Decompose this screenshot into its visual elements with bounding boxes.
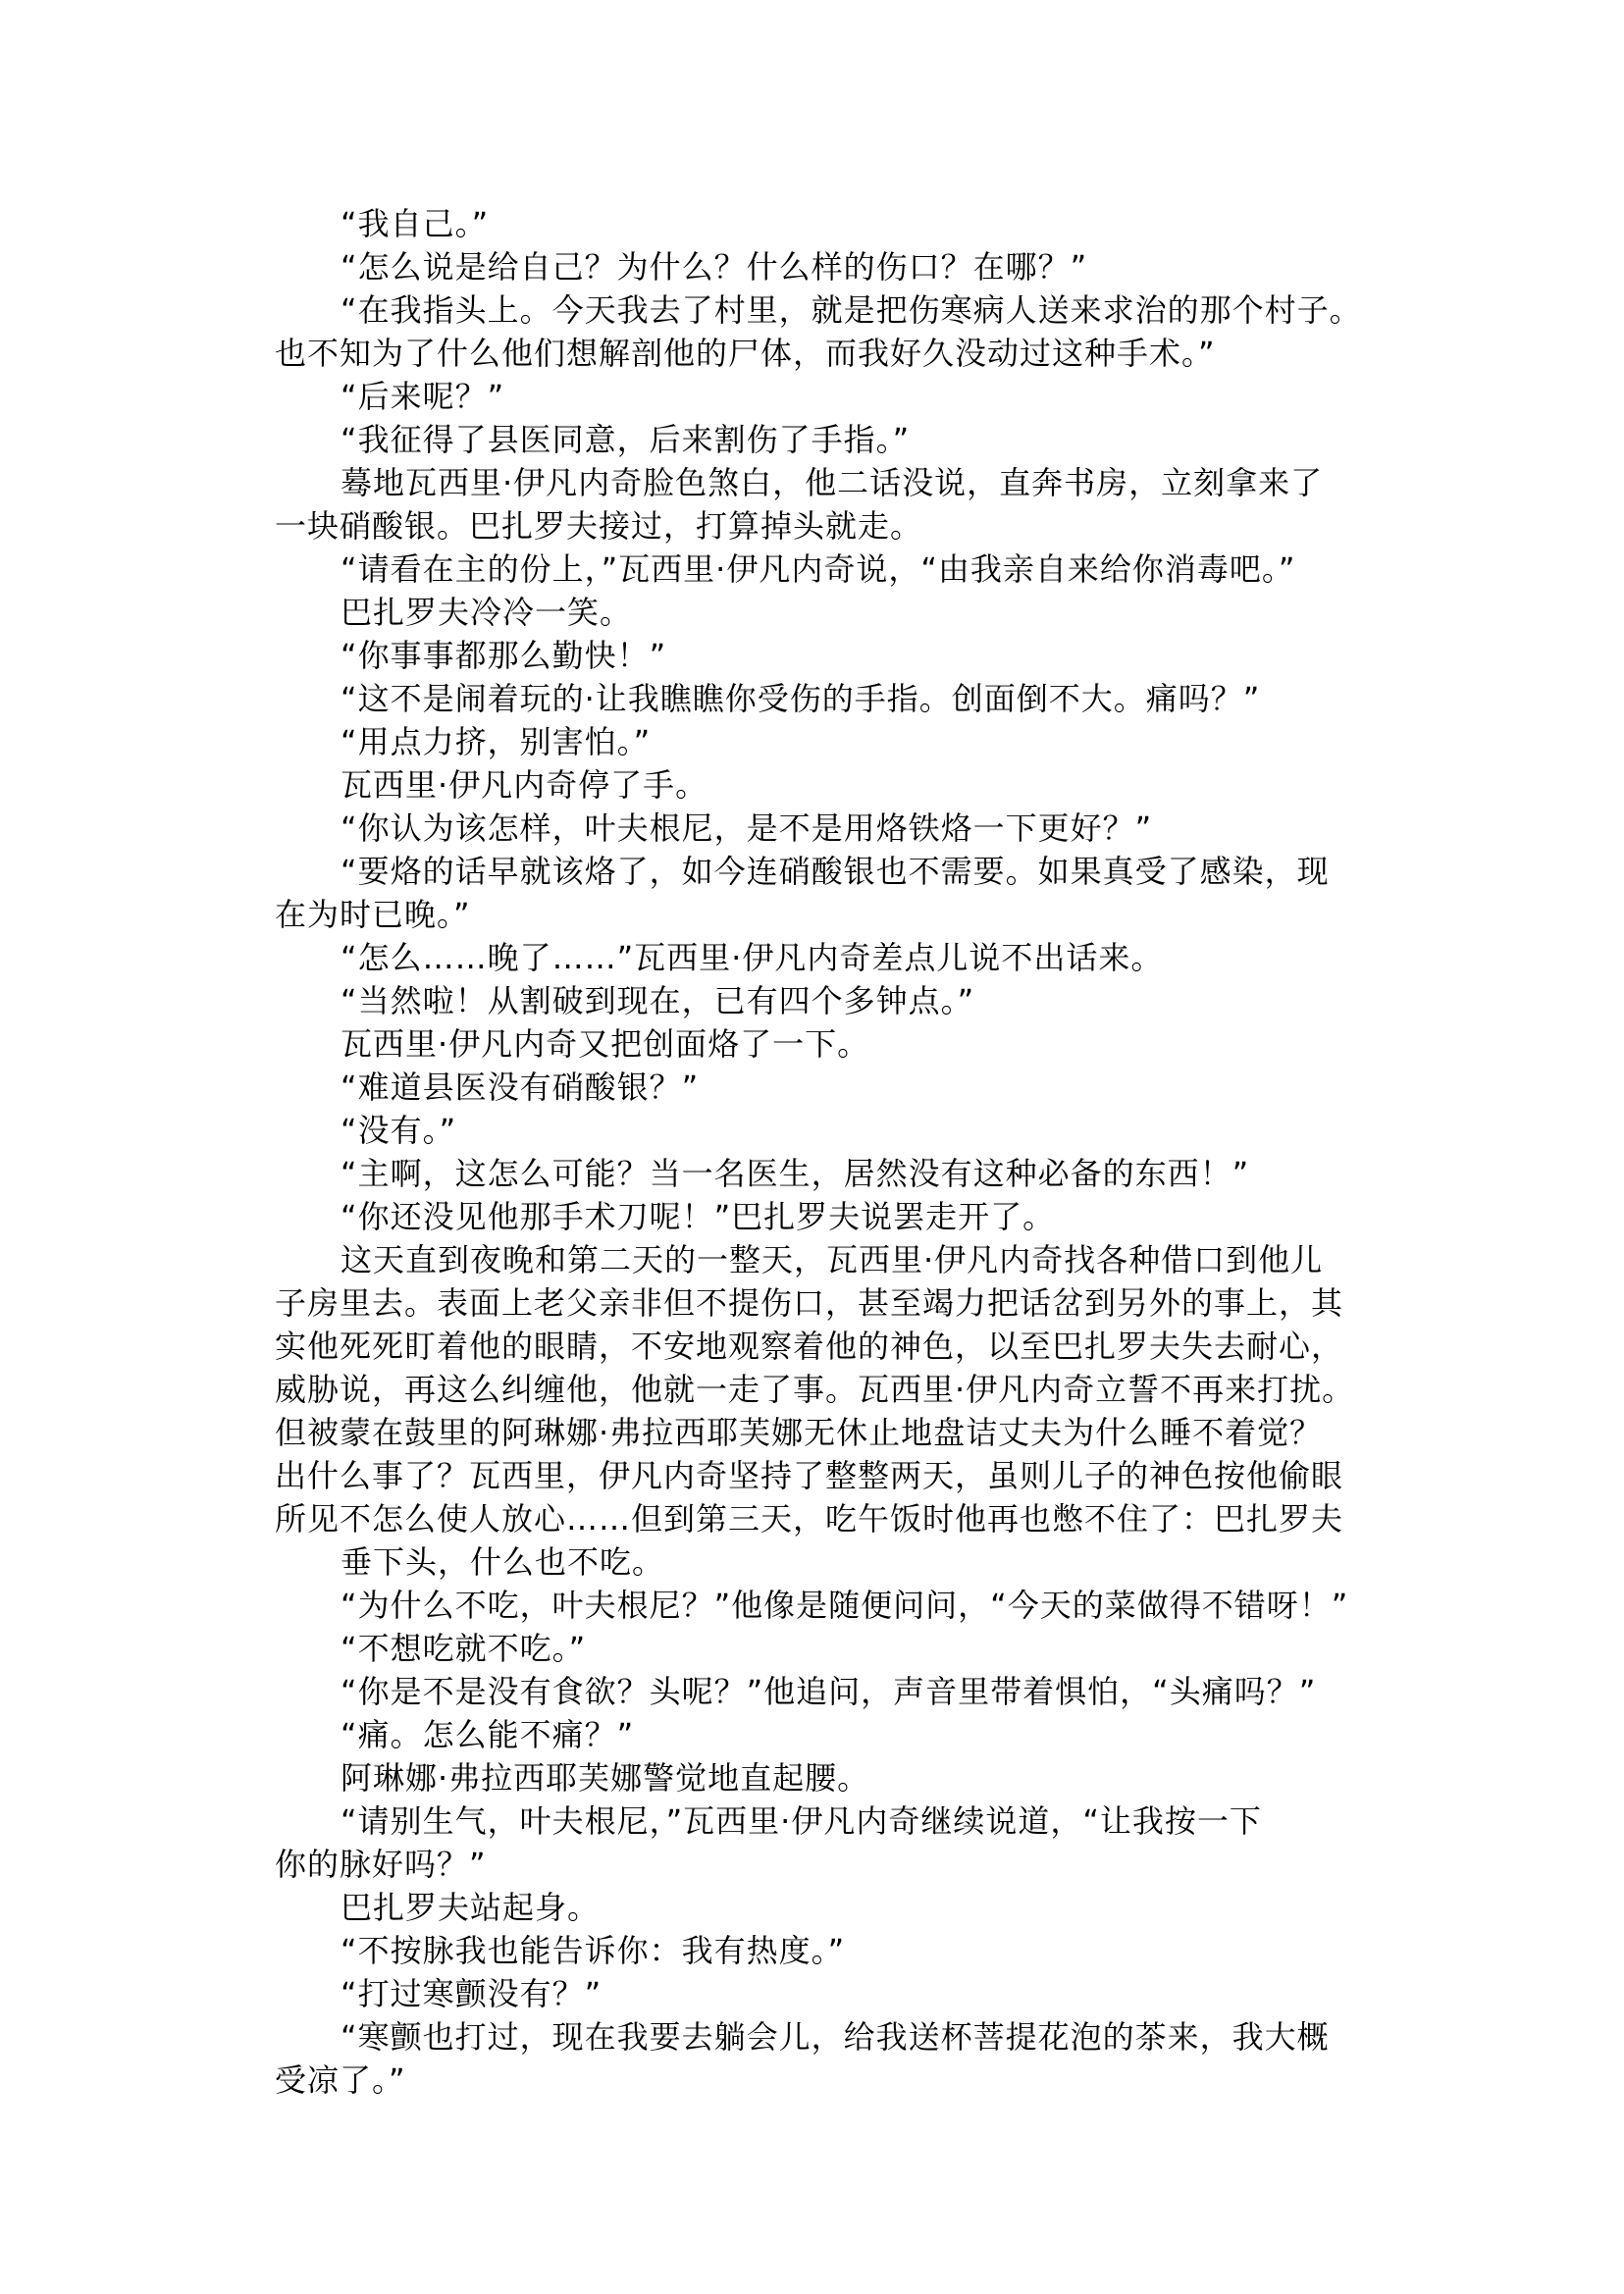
text-line: 实他死死盯着他的眼睛，不安地观察着他的神色，以至巴扎罗夫失去耐心， (275, 1325, 1374, 1368)
paragraph: “为什么不吃，叶夫根尼？”他像是随便问问，“今天的菜做得不错呀！” (275, 1584, 1374, 1627)
text-line: “我征得了县医同意，后来割伤了手指。” (275, 418, 1374, 461)
paragraph: 瓦西里·伊凡内奇又把创面烙了一下。 (275, 1022, 1374, 1066)
text-line: 子房里去。表面上老父亲非但不提伤口，甚至竭力把话岔到另外的事上，其 (275, 1281, 1374, 1325)
paragraph: “你事事都那么勤快！” (275, 634, 1374, 677)
paragraph: “你认为该怎样，叶夫根尼，是不是用烙铁烙一下更好？” (275, 807, 1374, 850)
text-line: “没有。” (275, 1109, 1374, 1152)
text-line: 阿琳娜·弗拉西耶芙娜警觉地直起腰。 (275, 1756, 1374, 1799)
paragraph: 蓦地瓦西里·伊凡内奇脸色煞白，他二话没说，直奔书房，立刻拿来了 一块硝酸银。巴扎… (275, 461, 1374, 547)
body-text: “我自己。” “怎么说是给自己？为什么？什么样的伤口？在哪？” “在我指头上。今… (275, 202, 1374, 2102)
paragraph: 阿琳娜·弗拉西耶芙娜警觉地直起腰。 (275, 1756, 1374, 1799)
text-line: “痛。怎么能不痛？” (275, 1713, 1374, 1756)
paragraph: “主啊，这怎么可能？当一名医生，居然没有这种必备的东西！” (275, 1152, 1374, 1195)
paragraph: “寒颤也打过，现在我要去躺会儿，给我送杯菩提花泡的茶来，我大概 受凉了。” (275, 2015, 1374, 2102)
document-page: “我自己。” “怎么说是给自己？为什么？什么样的伤口？在哪？” “在我指头上。今… (0, 0, 1624, 2294)
text-line: 瓦西里·伊凡内奇又把创面烙了一下。 (275, 1022, 1374, 1066)
paragraph: 这天直到夜晚和第二天的一整天，瓦西里·伊凡内奇找各种借口到他儿 子房里去。表面上… (275, 1238, 1374, 1540)
text-line: 巴扎罗夫冷冷一笑。 (275, 591, 1374, 634)
paragraph: “没有。” (275, 1109, 1374, 1152)
paragraph: “不按脉我也能告诉你：我有热度。” (275, 1929, 1374, 1972)
paragraph: “请看在主的份上，”瓦西里·伊凡内奇说，“由我亲自来给你消毒吧。” (275, 547, 1374, 591)
text-line: 受凉了。” (275, 2059, 1374, 2102)
text-line: “后来呢？” (275, 375, 1374, 418)
text-line: 威胁说，再这么纠缠他，他就一走了事。瓦西里·伊凡内奇立誓不再来打扰。 (275, 1368, 1374, 1411)
paragraph: “你是不是没有食欲？头呢？”他追问，声音里带着惧怕，“头痛吗？” (275, 1670, 1374, 1713)
text-line: 出什么事了？瓦西里，伊凡内奇坚持了整整两天，虽则儿子的神色按他偷眼 (275, 1454, 1374, 1497)
text-line: 巴扎罗夫站起身。 (275, 1886, 1374, 1929)
text-line: 在为时已晚。” (275, 893, 1374, 936)
paragraph: “我征得了县医同意，后来割伤了手指。” (275, 418, 1374, 461)
text-line: “请看在主的份上，”瓦西里·伊凡内奇说，“由我亲自来给你消毒吧。” (275, 547, 1374, 591)
text-line: “主啊，这怎么可能？当一名医生，居然没有这种必备的东西！” (275, 1152, 1374, 1195)
paragraph: “痛。怎么能不痛？” (275, 1713, 1374, 1756)
text-line: “请别生气，叶夫根尼，”瓦西里·伊凡内奇继续说道，“让我按一下 (275, 1799, 1374, 1843)
paragraph: “用点力挤，别害怕。” (275, 720, 1374, 763)
paragraph: “请别生气，叶夫根尼，”瓦西里·伊凡内奇继续说道，“让我按一下 你的脉好吗？” (275, 1799, 1374, 1886)
paragraph: “这不是闹着玩的·让我瞧瞧你受伤的手指。创面倒不大。痛吗？” (275, 677, 1374, 720)
text-line: 所见不怎么使人放心……但到第三天，吃午饭时他再也憋不住了：巴扎罗夫 (275, 1497, 1374, 1540)
paragraph: “难道县医没有硝酸银？” (275, 1066, 1374, 1109)
paragraph: “我自己。” (275, 202, 1374, 245)
text-line: “当然啦！从割破到现在，已有四个多钟点。” (275, 979, 1374, 1022)
text-line: “你是不是没有食欲？头呢？”他追问，声音里带着惧怕，“头痛吗？” (275, 1670, 1374, 1713)
text-line: “你认为该怎样，叶夫根尼，是不是用烙铁烙一下更好？” (275, 807, 1374, 850)
text-line: “为什么不吃，叶夫根尼？”他像是随便问问，“今天的菜做得不错呀！” (275, 1584, 1374, 1627)
text-line: “不按脉我也能告诉你：我有热度。” (275, 1929, 1374, 1972)
text-line: “打过寒颤没有？” (275, 1972, 1374, 2015)
text-line: “不想吃就不吃。” (275, 1627, 1374, 1670)
text-line: “你还没见他那手术刀呢！”巴扎罗夫说罢走开了。 (275, 1195, 1374, 1238)
text-line: “这不是闹着玩的·让我瞧瞧你受伤的手指。创面倒不大。痛吗？” (275, 677, 1374, 720)
text-line: 但被蒙在鼓里的阿琳娜·弗拉西耶芙娜无休止地盘诘丈夫为什么睡不着觉？ (275, 1411, 1374, 1454)
text-line: “怎么说是给自己？为什么？什么样的伤口？在哪？” (275, 245, 1374, 288)
text-line: “寒颤也打过，现在我要去躺会儿，给我送杯菩提花泡的茶来，我大概 (275, 2015, 1374, 2059)
paragraph: “打过寒颤没有？” (275, 1972, 1374, 2015)
text-line: “难道县医没有硝酸银？” (275, 1066, 1374, 1109)
paragraph: “怎么……晚了……”瓦西里·伊凡内奇差点儿说不出话来。 (275, 936, 1374, 979)
text-line: “你事事都那么勤快！” (275, 634, 1374, 677)
text-line: “用点力挤，别害怕。” (275, 720, 1374, 763)
paragraph: “怎么说是给自己？为什么？什么样的伤口？在哪？” (275, 245, 1374, 288)
paragraph: 垂下头，什么也不吃。 (275, 1540, 1374, 1584)
paragraph: “在我指头上。今天我去了村里，就是把伤寒病人送来求治的那个村子。 也不知为了什么… (275, 288, 1374, 375)
text-line: “要烙的话早就该烙了，如今连硝酸银也不需要。如果真受了感染，现 (275, 850, 1374, 893)
text-line: “我自己。” (275, 202, 1374, 245)
paragraph: “后来呢？” (275, 375, 1374, 418)
text-line: 也不知为了什么他们想解剖他的尸体，而我好久没动过这种手术。” (275, 332, 1374, 375)
paragraph: “你还没见他那手术刀呢！”巴扎罗夫说罢走开了。 (275, 1195, 1374, 1238)
paragraph: “当然啦！从割破到现在，已有四个多钟点。” (275, 979, 1374, 1022)
paragraph: 巴扎罗夫站起身。 (275, 1886, 1374, 1929)
paragraph: “要烙的话早就该烙了，如今连硝酸银也不需要。如果真受了感染，现 在为时已晚。” (275, 850, 1374, 936)
text-line: 瓦西里·伊凡内奇停了手。 (275, 763, 1374, 807)
text-line: 垂下头，什么也不吃。 (275, 1540, 1374, 1584)
text-line: 一块硝酸银。巴扎罗夫接过，打算掉头就走。 (275, 504, 1374, 547)
text-line: 这天直到夜晚和第二天的一整天，瓦西里·伊凡内奇找各种借口到他儿 (275, 1238, 1374, 1281)
text-line: “怎么……晚了……”瓦西里·伊凡内奇差点儿说不出话来。 (275, 936, 1374, 979)
paragraph: “不想吃就不吃。” (275, 1627, 1374, 1670)
text-line: 蓦地瓦西里·伊凡内奇脸色煞白，他二话没说，直奔书房，立刻拿来了 (275, 461, 1374, 504)
text-line: 你的脉好吗？” (275, 1843, 1374, 1886)
paragraph: 瓦西里·伊凡内奇停了手。 (275, 763, 1374, 807)
paragraph: 巴扎罗夫冷冷一笑。 (275, 591, 1374, 634)
text-line: “在我指头上。今天我去了村里，就是把伤寒病人送来求治的那个村子。 (275, 288, 1374, 332)
